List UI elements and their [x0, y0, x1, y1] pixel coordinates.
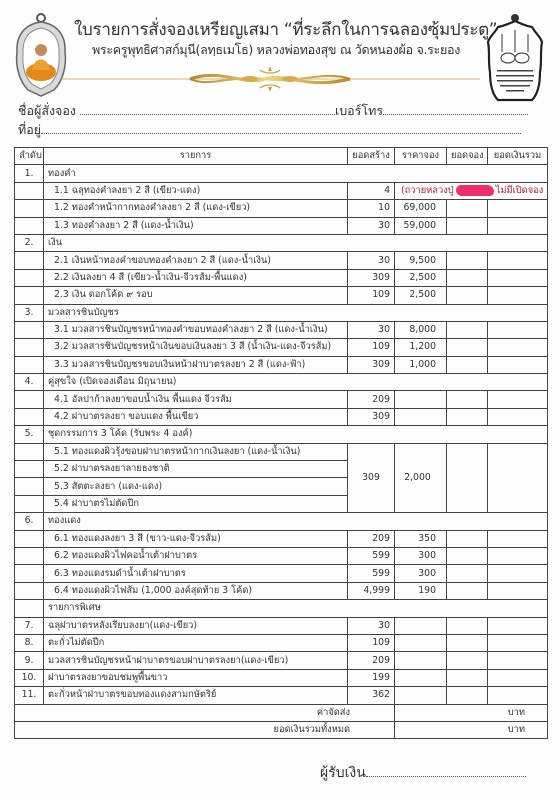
table-row: 3.3 มวลสารชินบัญชรขอบเงินหน้าฝาบาตรลงยา … [15, 356, 548, 373]
table-row: 6.ทองแดง [15, 513, 548, 530]
row-number [15, 461, 44, 478]
receiver-signature-input[interactable] [366, 766, 526, 777]
produced-qty: 599 [348, 565, 395, 582]
row-number: 6. [15, 513, 44, 530]
row-total-input[interactable] [488, 669, 548, 686]
table-row: 2.1 เงินหน้าทองคำขอบทองคำลงยา 2 สี (แดง-… [15, 252, 548, 269]
shipping-currency: บาท [508, 707, 525, 718]
item-name: มวลสารชินบัญชรหน้าฝาบาตรขอบฝาบาตรลงยา(แด… [44, 652, 348, 669]
header-produced: ยอดสร้าง [348, 148, 395, 165]
table-row: 1.1 ฉลุทองคำลงยา 2 สี (เขียว-แดง)4(ถวายห… [15, 182, 548, 199]
produced-qty: 30 [348, 321, 395, 338]
grand-total-currency: บาท [508, 724, 525, 735]
item-name: 1.3 ทองคำลงยา 2 สี (แดง-น้ำเงิน) [44, 217, 348, 234]
order-qty-input[interactable] [447, 652, 488, 669]
item-name: 6.4 ทองแดงผิวไฟส้ม (1,000 องค์สุดท้าย 3 … [44, 582, 348, 599]
customer-name-field[interactable]: ชื่อผู้สั่งจอง เบอร์โทร [18, 101, 528, 121]
row-number [15, 600, 44, 617]
order-qty-input[interactable] [447, 200, 488, 217]
special-section-label: รายการพิเศษ [44, 600, 548, 617]
item-name: 6.1 ทองแดงลงยา 3 สี (ขาว-แดง-จีวรส้ม) [44, 530, 348, 547]
row-number: 3. [15, 304, 44, 321]
row-number [15, 582, 44, 599]
group-label: มวลสารชินบัญชร [44, 304, 548, 321]
order-qty-input[interactable] [447, 547, 488, 564]
produced-qty: 599 [348, 547, 395, 564]
reserve-price: 2,000 [395, 443, 447, 513]
phone-input[interactable] [383, 104, 528, 115]
produced-qty: 209 [348, 652, 395, 669]
row-number [15, 443, 44, 460]
reserve-price: 1,000 [395, 356, 447, 373]
item-name: 2.3 เงิน ดอกโค้ด ๙ รอบ [44, 287, 348, 304]
receiver-label: ผู้รับเงิน [320, 765, 366, 781]
row-number: 10. [15, 669, 44, 686]
row-number: 5. [15, 426, 44, 443]
order-qty-input[interactable] [447, 530, 488, 547]
table-row: 3.2 มวลสารชินบัญชรหน้าเงินขอบเงินลงยา 3 … [15, 339, 548, 356]
row-total-input[interactable] [488, 547, 548, 564]
row-number [15, 182, 44, 199]
page-title: ใบรายการสั่งจองเหรียญเสมา “ที่ระลึกในการ… [74, 16, 474, 43]
header-price: ราคาจอง [395, 148, 447, 165]
produced-qty: 4,999 [348, 582, 395, 599]
produced-qty: 309 [348, 356, 395, 373]
group-label: ทองคำ [44, 165, 548, 182]
reserve-price: 300 [395, 565, 447, 582]
row-number [15, 200, 44, 217]
order-qty-input[interactable] [447, 687, 488, 704]
row-number [15, 217, 44, 234]
row-number [15, 321, 44, 338]
reserve-price: 2,500 [395, 269, 447, 286]
produced-qty: 30 [348, 252, 395, 269]
row-total-input[interactable] [488, 339, 548, 356]
row-total-input[interactable] [488, 408, 548, 425]
group-label: ทองแดง [44, 513, 548, 530]
table-row: 3.มวลสารชินบัญชร [15, 304, 548, 321]
shipping-row: ค่าจัดส่ง บาท [15, 704, 548, 721]
page-subtitle: พระครูพุทธิศาสก์มุนี(ลทฺธเมโธ) หลวงพ่อทอ… [72, 40, 480, 60]
reserve-price: 69,000 [395, 200, 447, 217]
table-row: 6.2 ทองแดงผิวไฟคอน้ำเต้าฝาบาตร599300 [15, 547, 548, 564]
order-qty-input[interactable] [447, 339, 488, 356]
produced-qty: 209 [348, 391, 395, 408]
reserve-price: 2,500 [395, 287, 447, 304]
item-name: 2.2 เงินลงยา 4 สี (เขียว-น้ำเงิน-จีวรส้ม… [44, 269, 348, 286]
item-name: 6.3 ทองแดงรมดำน้ำเต้าฝาบาตร [44, 565, 348, 582]
reserve-price: 9,500 [395, 252, 447, 269]
customer-name-label: ชื่อผู้สั่งจอง [18, 103, 76, 118]
reserve-price: 190 [395, 582, 447, 599]
reserve-price: 8,000 [395, 321, 447, 338]
item-name: 4.1 อัลปาก้าลงยาขอบน้ำเงิน พื้นแดง จีวรส… [44, 391, 348, 408]
item-name: 3.1 มวลสารชินบัญชรหน้าทองคำขอบทองคำลงยา … [44, 321, 348, 338]
row-number: 7. [15, 617, 44, 634]
phone-label: เบอร์โทร [335, 103, 383, 118]
customer-name-input[interactable] [80, 104, 335, 115]
table-row: 1.2 ทองคำหน้ากากทองคำลงยา 2 สี (แดง-เขีย… [15, 200, 548, 217]
reserve-price: 300 [395, 547, 447, 564]
row-number: 11. [15, 687, 44, 704]
order-qty-input[interactable] [447, 582, 488, 599]
grand-total-label: ยอดเงินรวมทั้งหมด [15, 721, 395, 738]
address-label: ที่อยู่ [18, 122, 41, 137]
item-name: 5.3 สัตตะลงยา (แดง-แดง) [44, 478, 348, 495]
order-qty-input[interactable] [447, 617, 488, 634]
redaction-mark [456, 185, 494, 196]
row-number: 4. [15, 374, 44, 391]
order-table: ลำดับ รายการ ยอดสร้าง ราคาจอง ยอดจอง ยอด… [14, 147, 548, 739]
row-number [15, 408, 44, 425]
item-name: 3.3 มวลสารชินบัญชรขอบเงินหน้าฝาบาตรลงยา … [44, 356, 348, 373]
produced-qty: 30 [348, 617, 395, 634]
item-name: 6.2 ทองแดงผิวไฟคอน้ำเต้าฝาบาตร [44, 547, 348, 564]
not-open-note: (ถวายหลวงปู่ไม่มีเปิดจอง [395, 182, 548, 199]
order-qty-input[interactable] [447, 252, 488, 269]
table-row: 2.เงิน [15, 234, 548, 251]
item-name: 4.2 ฝาบาตรลงยา ขอบแดง พื้นเขียว [44, 408, 348, 425]
row-number [15, 287, 44, 304]
gold-scroll-divider-icon [60, 62, 480, 96]
note-prefix: (ถวายหลวงปู่ [401, 185, 454, 196]
header-ordered: ยอดจอง [447, 148, 488, 165]
reserve-price [395, 408, 447, 425]
produced-qty: 109 [348, 339, 395, 356]
row-total-input[interactable] [488, 443, 548, 513]
table-row: 5.1 ทองแดงผิวรุ้งขอบฝาบาตรหน้ากากเงินลงย… [15, 443, 548, 460]
row-total-input[interactable] [488, 200, 548, 217]
table-row: 5.ชุดกรรมการ 3 โค้ด (รับพระ 4 องค์) [15, 426, 548, 443]
produced-qty: 209 [348, 530, 395, 547]
reserve-price [395, 652, 447, 669]
produced-qty: 309 [348, 269, 395, 286]
row-number: 8. [15, 634, 44, 651]
item-name: ตะกั่วไม่ตัดปีก [44, 634, 348, 651]
order-qty-input[interactable] [447, 443, 488, 513]
group-label: คู่สุขใจ (เปิดจองเดือน มิถุนายน) [44, 374, 548, 391]
row-total-input[interactable] [488, 252, 548, 269]
item-name: 5.1 ทองแดงผิวรุ้งขอบฝาบาตรหน้ากากเงินลงย… [44, 443, 348, 460]
table-row: 4.1 อัลปาก้าลงยาขอบน้ำเงิน พื้นแดง จีวรส… [15, 391, 548, 408]
order-qty-input[interactable] [447, 634, 488, 651]
table-row: 1.ทองคำ [15, 165, 548, 182]
item-name: 3.2 มวลสารชินบัญชรหน้าเงินขอบเงินลงยา 3 … [44, 339, 348, 356]
row-total-input[interactable] [488, 652, 548, 669]
address-input[interactable] [41, 123, 521, 134]
produced-qty: 109 [348, 287, 395, 304]
order-qty-input[interactable] [447, 287, 488, 304]
header-no: ลำดับ [15, 148, 44, 165]
produced-qty: 309 [348, 443, 395, 513]
item-name: 1.2 ทองคำหน้ากากทองคำลงยา 2 สี (แดง-เขีย… [44, 200, 348, 217]
order-qty-input[interactable] [447, 391, 488, 408]
row-total-input[interactable] [488, 391, 548, 408]
row-total-input[interactable] [488, 582, 548, 599]
reserve-price: 59,000 [395, 217, 447, 234]
produced-qty: 309 [348, 408, 395, 425]
row-total-input[interactable] [488, 634, 548, 651]
table-row: 2.2 เงินลงยา 4 สี (เขียว-น้ำเงิน-จีวรส้ม… [15, 269, 548, 286]
group-label: ชุดกรรมการ 3 โค้ด (รับพระ 4 องค์) [44, 426, 548, 443]
table-row: 8.ตะกั่วไม่ตัดปีก109 [15, 634, 548, 651]
table-row: 1.3 ทองคำลงยา 2 สี (แดง-น้ำเงิน)3059,000 [15, 217, 548, 234]
row-number [15, 269, 44, 286]
table-row: 6.1 ทองแดงลงยา 3 สี (ขาว-แดง-จีวรส้ม)209… [15, 530, 548, 547]
row-number [15, 339, 44, 356]
row-number [15, 391, 44, 408]
row-total-input[interactable] [488, 356, 548, 373]
produced-qty: 30 [348, 217, 395, 234]
reserve-price [395, 669, 447, 686]
row-number [15, 356, 44, 373]
row-number: 1. [15, 165, 44, 182]
row-number [15, 530, 44, 547]
row-number [15, 252, 44, 269]
table-row: รายการพิเศษ [15, 600, 548, 617]
reserve-price: 1,200 [395, 339, 447, 356]
order-qty-input[interactable] [447, 408, 488, 425]
row-total-input[interactable] [488, 217, 548, 234]
order-qty-input[interactable] [447, 269, 488, 286]
order-qty-input[interactable] [447, 669, 488, 686]
header-total: ยอดเงินรวม [488, 148, 548, 165]
row-number [15, 495, 44, 512]
shipping-label: ค่าจัดส่ง [15, 704, 395, 721]
table-row: 10.ฝาบาตรลงยาขอบชมพูพื้นขาว199 [15, 669, 548, 686]
header-item: รายการ [44, 148, 348, 165]
row-total-input[interactable] [488, 617, 548, 634]
item-name: ตะกั่วหน้าฝาบาตรขอบทองแดงสามกษัตริย์ [44, 687, 348, 704]
item-name: ฉลุฝาบาตรหลังเรียบลงยา(แดง-เขียว) [44, 617, 348, 634]
table-row: 4.2 ฝาบาตรลงยา ขอบแดง พื้นเขียว309 [15, 408, 548, 425]
table-row: 3.1 มวลสารชินบัญชรหน้าทองคำขอบทองคำลงยา … [15, 321, 548, 338]
table-row: 6.4 ทองแดงผิวไฟส้ม (1,000 องค์สุดท้าย 3 … [15, 582, 548, 599]
table-row: 4.คู่สุขใจ (เปิดจองเดือน มิถุนายน) [15, 374, 548, 391]
row-total-input[interactable] [488, 287, 548, 304]
shipping-amount-cell[interactable]: บาท [395, 704, 548, 721]
grand-total-row: ยอดเงินรวมทั้งหมด บาท [15, 721, 548, 738]
reserve-price [395, 634, 447, 651]
table-row: 11.ตะกั่วหน้าฝาบาตรขอบทองแดงสามกษัตริย์3… [15, 687, 548, 704]
row-number [15, 565, 44, 582]
order-qty-input[interactable] [447, 321, 488, 338]
row-number: 9. [15, 652, 44, 669]
produced-qty: 199 [348, 669, 395, 686]
group-label: เงิน [44, 234, 548, 251]
address-field[interactable]: ที่อยู่ [18, 120, 521, 140]
order-qty-input[interactable] [447, 565, 488, 582]
row-number [15, 478, 44, 495]
note-suffix: ไม่มีเปิดจอง [496, 185, 544, 196]
reserve-price [395, 617, 447, 634]
row-total-input[interactable] [488, 321, 548, 338]
item-name: 5.4 ฝาบาตรไม่ตัดปีก [44, 495, 348, 512]
produced-qty: 362 [348, 687, 395, 704]
row-total-input[interactable] [488, 565, 548, 582]
reserve-price [395, 391, 447, 408]
item-name: 5.2 ฝาบาตรลงยาลายธงชาติ [44, 461, 348, 478]
order-qty-input[interactable] [447, 217, 488, 234]
item-name: 2.1 เงินหน้าทองคำขอบทองคำลงยา 2 สี (แดง-… [44, 252, 348, 269]
table-row: 2.3 เงิน ดอกโค้ด ๙ รอบ1092,500 [15, 287, 548, 304]
produced-qty: 4 [348, 182, 395, 199]
produced-qty: 10 [348, 200, 395, 217]
item-name: ฝาบาตรลงยาขอบชมพูพื้นขาว [44, 669, 348, 686]
grand-total-amount-cell[interactable]: บาท [395, 721, 548, 738]
row-total-input[interactable] [488, 269, 548, 286]
reserve-price: 350 [395, 530, 447, 547]
reserve-price [395, 687, 447, 704]
table-row: 6.3 ทองแดงรมดำน้ำเต้าฝาบาตร599300 [15, 565, 548, 582]
receiver-signature-field[interactable]: ผู้รับเงิน [320, 762, 526, 784]
order-qty-input[interactable] [447, 356, 488, 373]
table-row: 7.ฉลุฝาบาตรหลังเรียบลงยา(แดง-เขียว)30 [15, 617, 548, 634]
row-total-input[interactable] [488, 530, 548, 547]
table-header-row: ลำดับ รายการ ยอดสร้าง ราคาจอง ยอดจอง ยอด… [15, 148, 548, 165]
row-number [15, 547, 44, 564]
row-number: 2. [15, 234, 44, 251]
table-row: 9.มวลสารชินบัญชรหน้าฝาบาตรขอบฝาบาตรลงยา(… [15, 652, 548, 669]
row-total-input[interactable] [488, 687, 548, 704]
produced-qty: 109 [348, 634, 395, 651]
item-name: 1.1 ฉลุทองคำลงยา 2 สี (เขียว-แดง) [44, 182, 348, 199]
